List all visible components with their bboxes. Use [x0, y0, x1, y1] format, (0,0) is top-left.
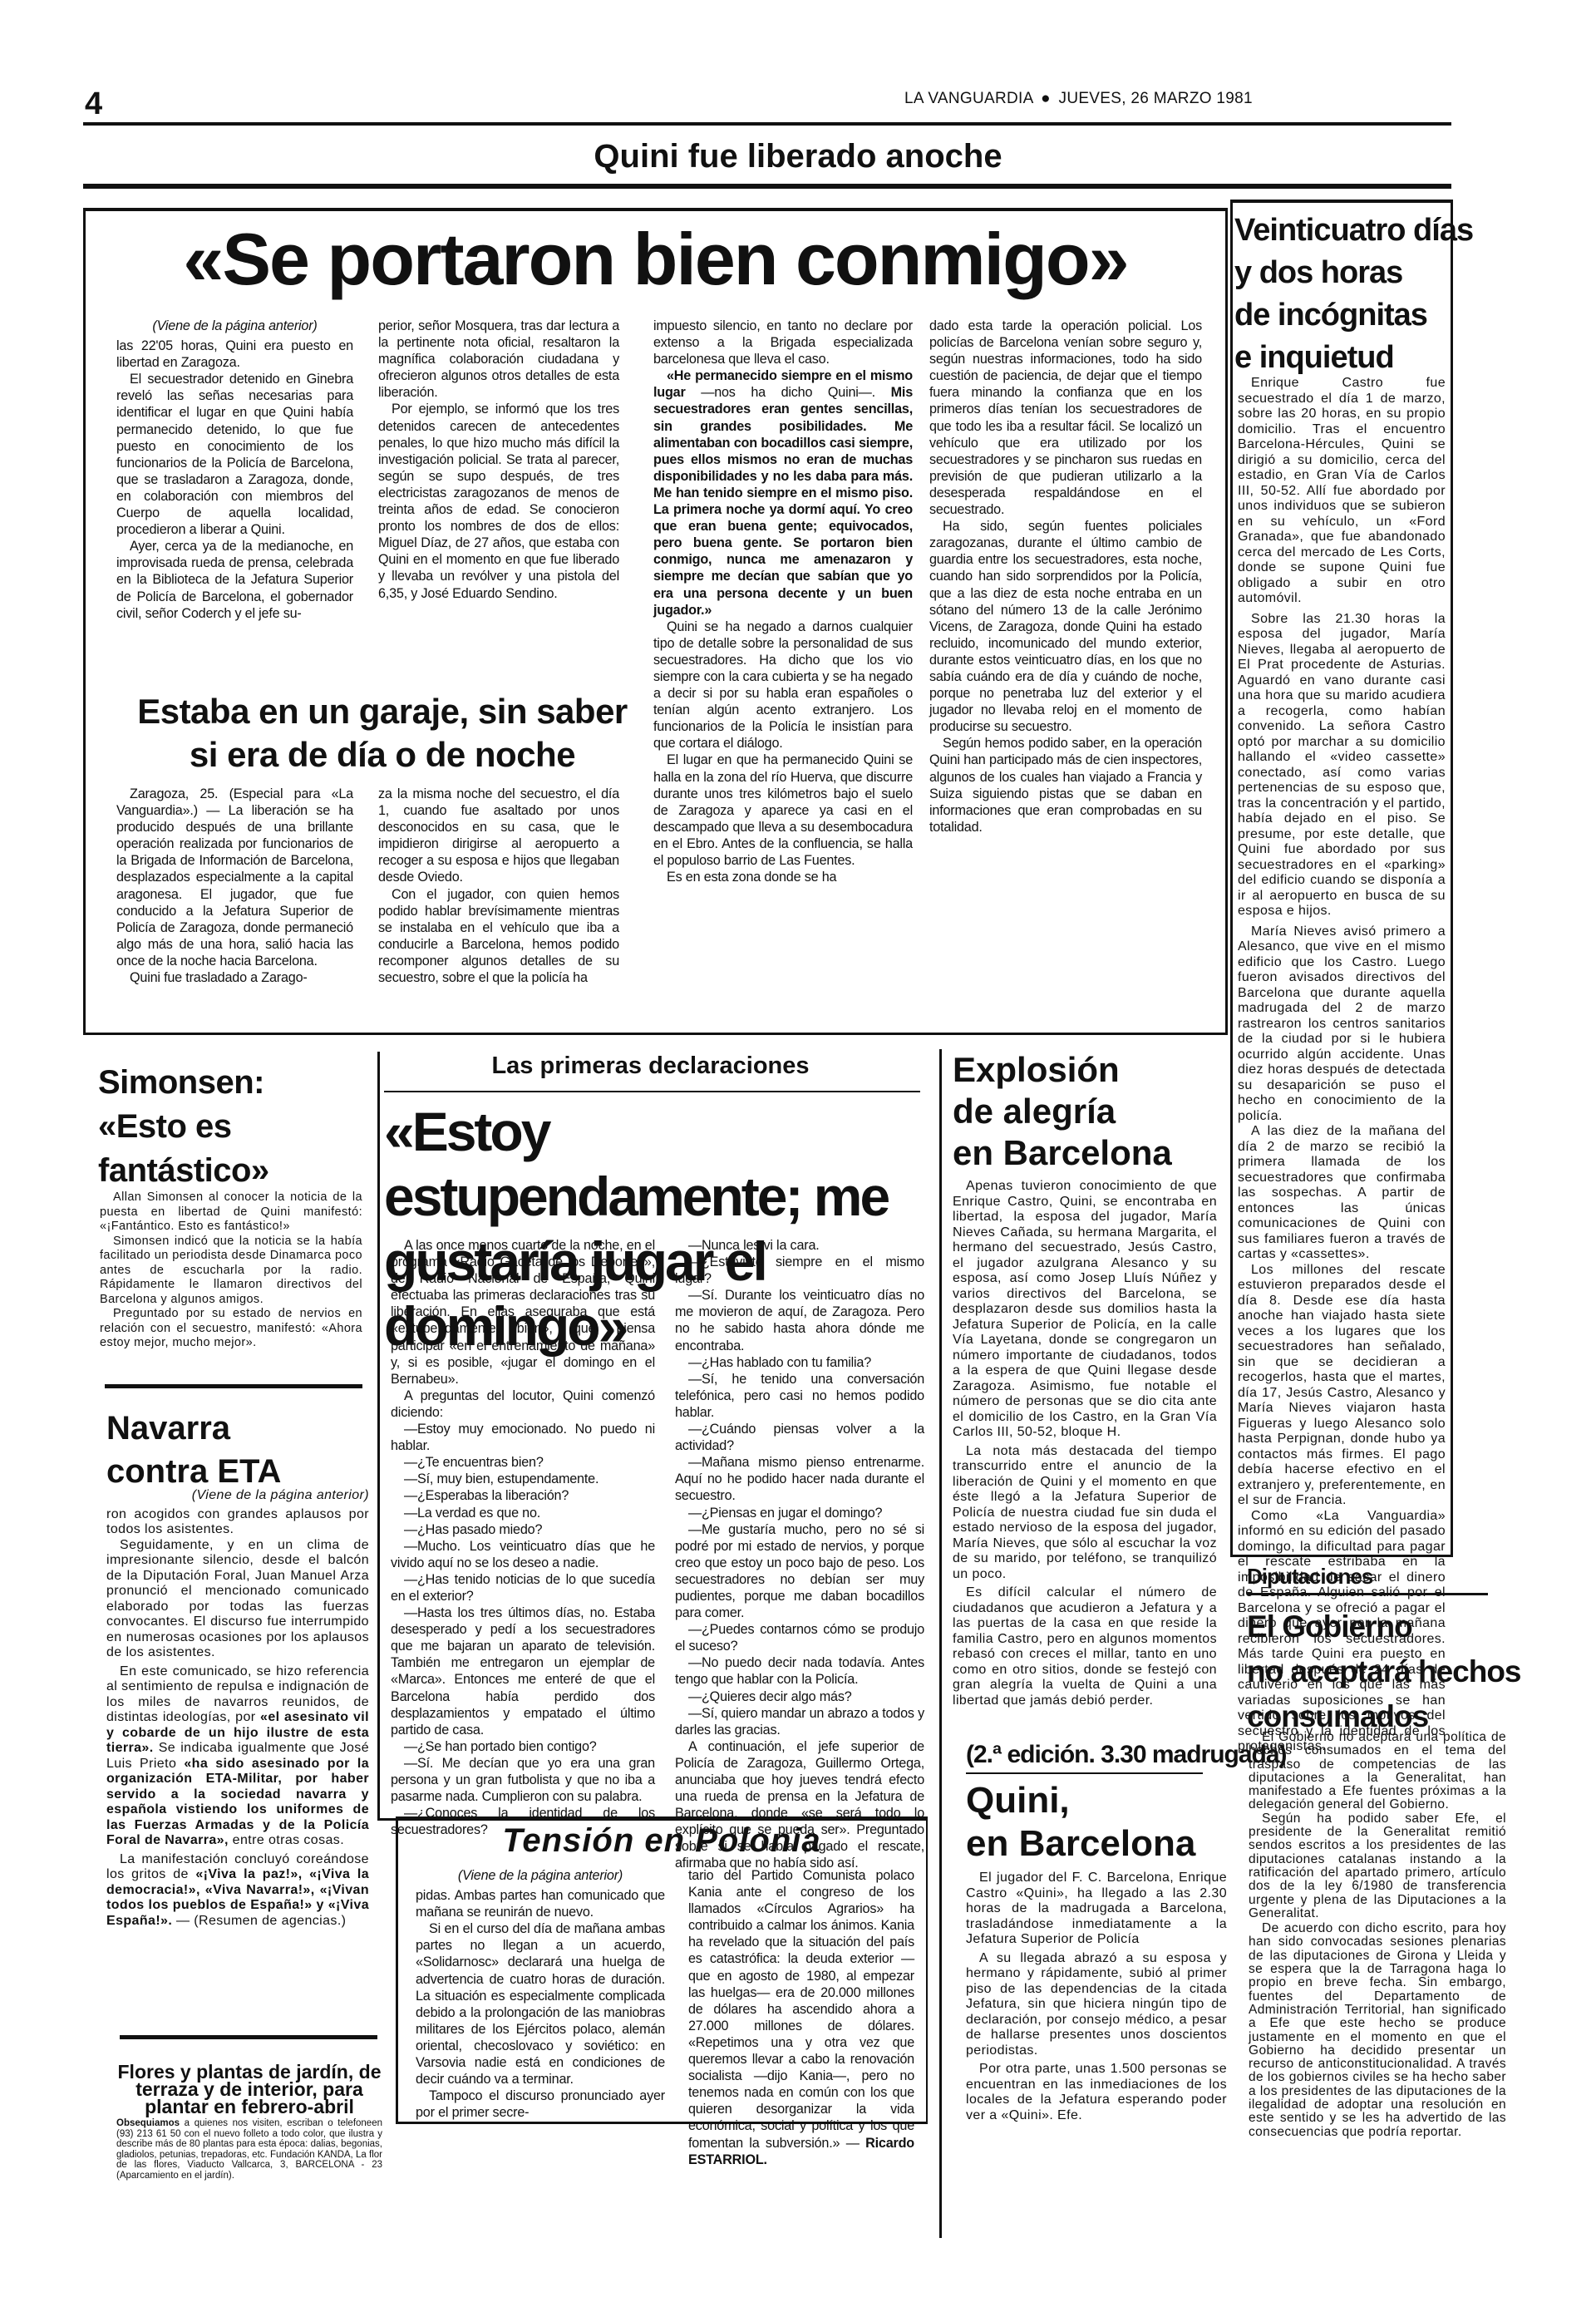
masthead-rule	[83, 122, 1451, 126]
sidebar-box-top	[1230, 200, 1453, 203]
garaje-col2: za la misma noche del secuestro, el día …	[378, 786, 619, 986]
ad-flores[interactable]: Flores y plantas de jardín, de terraza y…	[116, 2063, 382, 2181]
sidebar-box-left	[1230, 200, 1233, 1557]
ad-headline: Flores y plantas de jardín, de terraza y…	[116, 2063, 382, 2116]
edicion-rule	[966, 1772, 1203, 1774]
section-title: Quini fue liberado anoche	[0, 140, 1596, 173]
polonia-col1: (Viene de la página anterior) pidas. Amb…	[416, 1867, 665, 2121]
navarra-rule	[120, 2035, 377, 2039]
garaje-col1: Zaragoza, 25. (Especial para «La Vanguar…	[116, 786, 353, 986]
polonia-headline: Tensión en Polonia	[396, 1824, 928, 1857]
garaje-headline: Estaba en un garaje, sin saber si era de…	[108, 690, 657, 776]
bullet-icon: ●	[1041, 90, 1051, 107]
edicion-headline: Quini, en Barcelona	[966, 1779, 1195, 1866]
explosion-body: Apenas tuvieron conocimiento de que Enri…	[953, 1179, 1217, 1708]
diputaciones-body: El Gobierno no aceptará una política de …	[1249, 1731, 1506, 2139]
page-number: 4	[85, 86, 102, 122]
navarra-headline: Navarra contra ETA	[106, 1407, 281, 1493]
explosion-left-rule	[939, 1049, 942, 2238]
masthead-line: LA VANGUARDIA ● JUEVES, 26 MARZO 1981	[904, 90, 1253, 108]
diputaciones-rule	[1247, 1593, 1488, 1595]
simonsen-body: Allan Simonsen al conocer la noticia de …	[100, 1190, 362, 1351]
edicion-body: El jugador del F. C. Barcelona, Enrique …	[966, 1871, 1227, 2123]
diputaciones-kicker: Diputaciones	[1247, 1565, 1372, 1587]
declaraciones-col2: —Nunca les vi la cara. —¿Estuviste siemp…	[675, 1237, 924, 1872]
sidebar-box-right	[1451, 200, 1453, 1557]
main-box-right	[1225, 208, 1228, 1035]
section-rule	[83, 184, 1451, 189]
main-box-top	[83, 208, 1228, 211]
main-article-col1: (Viene de la página anterior) las 22'05 …	[116, 318, 353, 622]
main-box-left	[83, 208, 86, 1035]
issue-date: JUEVES, 26 MARZO 1981	[1059, 90, 1253, 107]
explosion-headline: Explosión de alegría en Barcelona	[953, 1049, 1172, 1174]
declaraciones-box-left	[377, 1052, 380, 1821]
quini-quote: «He permanecido siempre en el mismo luga…	[653, 367, 913, 618]
main-article-col4: dado esta tarde la operación policial. L…	[929, 318, 1202, 836]
declaraciones-kicker: Las primeras declaraciones	[378, 1054, 923, 1078]
main-box-bottom	[83, 1033, 1228, 1035]
navarra-body: (Viene de la página anterior) ron acogid…	[106, 1488, 369, 1929]
polonia-col2: tario del Partido Comunista polaco Kania…	[688, 1867, 914, 2168]
simonsen-rule	[105, 1384, 362, 1388]
main-article-col2: perior, señor Mosquera, tras dar lectura…	[378, 318, 619, 602]
sidebar-body: Enrique Castro fue secuestrado el día 1 …	[1238, 376, 1446, 1755]
kicker-rule	[384, 1091, 920, 1092]
continued-note: (Viene de la página anterior)	[116, 318, 353, 334]
declaraciones-col1: A las once menos cuarto de la noche, en …	[391, 1237, 655, 1838]
publication-name: LA VANGUARDIA	[904, 90, 1033, 107]
main-article-col3: impuesto silencio, en tanto no declare p…	[653, 318, 913, 885]
ad-body: Obsequiamos a quienes nos visiten, escri…	[116, 2118, 382, 2181]
sidebar-headline: Veinticuatro días y dos horas de incógni…	[1234, 209, 1473, 379]
diputaciones-headline: El Gobierno no aceptará hechos consumado…	[1247, 1604, 1521, 1739]
edicion-kicker: (2.ª edición. 3.30 madrugada)	[966, 1743, 1287, 1767]
simonsen-headline: Simonsen: «Esto es fantástico»	[98, 1061, 269, 1193]
main-headline: «Se portaron bien conmigo»	[83, 223, 1228, 296]
